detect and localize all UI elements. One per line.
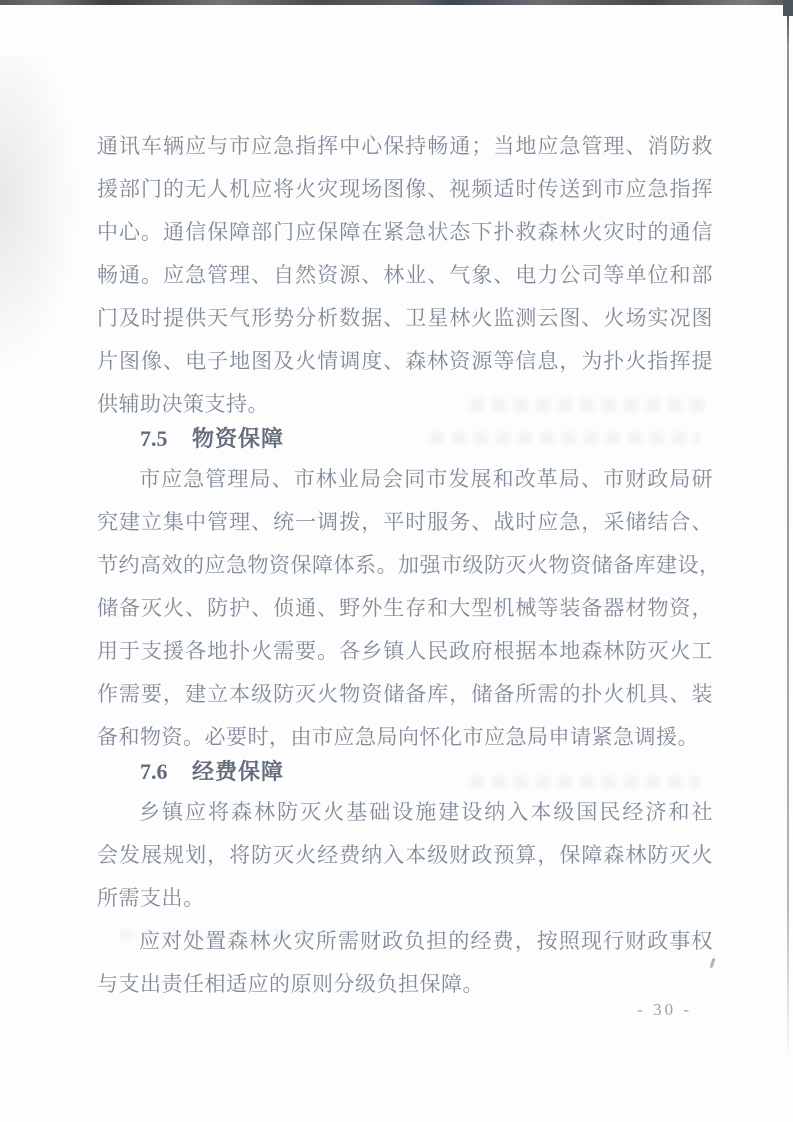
section-heading-7-5: 7.5 物资保障 [97, 420, 713, 458]
document-body: 通讯车辆应与市应急指挥中心保持畅通；当地应急管理、消防救 援部门的无人机应将火灾… [97, 125, 713, 1006]
scan-corner-artifact [783, 0, 793, 16]
page-number: - 30 - [637, 1000, 692, 1020]
paragraph-line: 通讯车辆应与市应急指挥中心保持畅通；当地应急管理、消防救 [97, 125, 713, 168]
paragraph-line: 作需要，建立本级防灭火物资储备库，储备所需的扑火机具、装 [97, 673, 713, 716]
paragraph-line: 畅通。应急管理、自然资源、林业、气象、电力公司等单位和部 [97, 254, 713, 297]
paragraph-line: 用于支援各地扑火需要。各乡镇人民政府根据本地森林防灭火工 [97, 630, 713, 673]
paragraph-line: 与支出责任相适应的原则分级负担保障。 [97, 963, 713, 1006]
heading-number: 7.6 [140, 759, 168, 784]
scan-top-edge-artifact [0, 0, 793, 5]
paragraph-line: 片图像、电子地图及火情调度、森林资源等信息，为扑火指挥提 [97, 340, 713, 383]
scanned-document-page: 通讯车辆应与市应急指挥中心保持畅通；当地应急管理、消防救 援部门的无人机应将火灾… [0, 0, 793, 1122]
paragraph-line: 究建立集中管理、统一调拨，平时服务、战时应急，采储结合、 [97, 501, 713, 544]
paragraph-line: 储备灭火、防护、侦通、野外生存和大型机械等装备器材物资， [97, 587, 713, 630]
paragraph-line: 援部门的无人机应将火灾现场图像、视频适时传送到市应急指挥 [97, 168, 713, 211]
paragraph-line: 会发展规划，将防灭火经费纳入本级财政预算，保障森林防灭火 [97, 834, 713, 877]
paragraph-line: 门及时提供天气形势分析数据、卫星林火监测云图、火场实况图 [97, 297, 713, 340]
paragraph-line: 市应急管理局、市林业局会同市发展和改革局、市财政局研 [97, 458, 713, 501]
paragraph-line: 乡镇应将森林防灭火基础设施建设纳入本级国民经济和社 [97, 791, 713, 834]
paragraph-line: 节约高效的应急物资保障体系。加强市级防灭火物资储备库建设， [97, 544, 713, 587]
paragraph-line: 应对处置森林火灾所需财政负担的经费，按照现行财政事权 [97, 920, 713, 963]
heading-number: 7.5 [140, 426, 168, 451]
paragraph-line: 所需支出。 [97, 877, 713, 920]
scan-shadow-artifact [0, 55, 80, 375]
heading-title: 经费保障 [192, 759, 284, 784]
heading-title: 物资保障 [192, 426, 284, 451]
paragraph-line: 中心。通信保障部门应保障在紧急状态下扑救森林火灾时的通信 [97, 211, 713, 254]
scan-right-edge-artifact [787, 4, 789, 1064]
